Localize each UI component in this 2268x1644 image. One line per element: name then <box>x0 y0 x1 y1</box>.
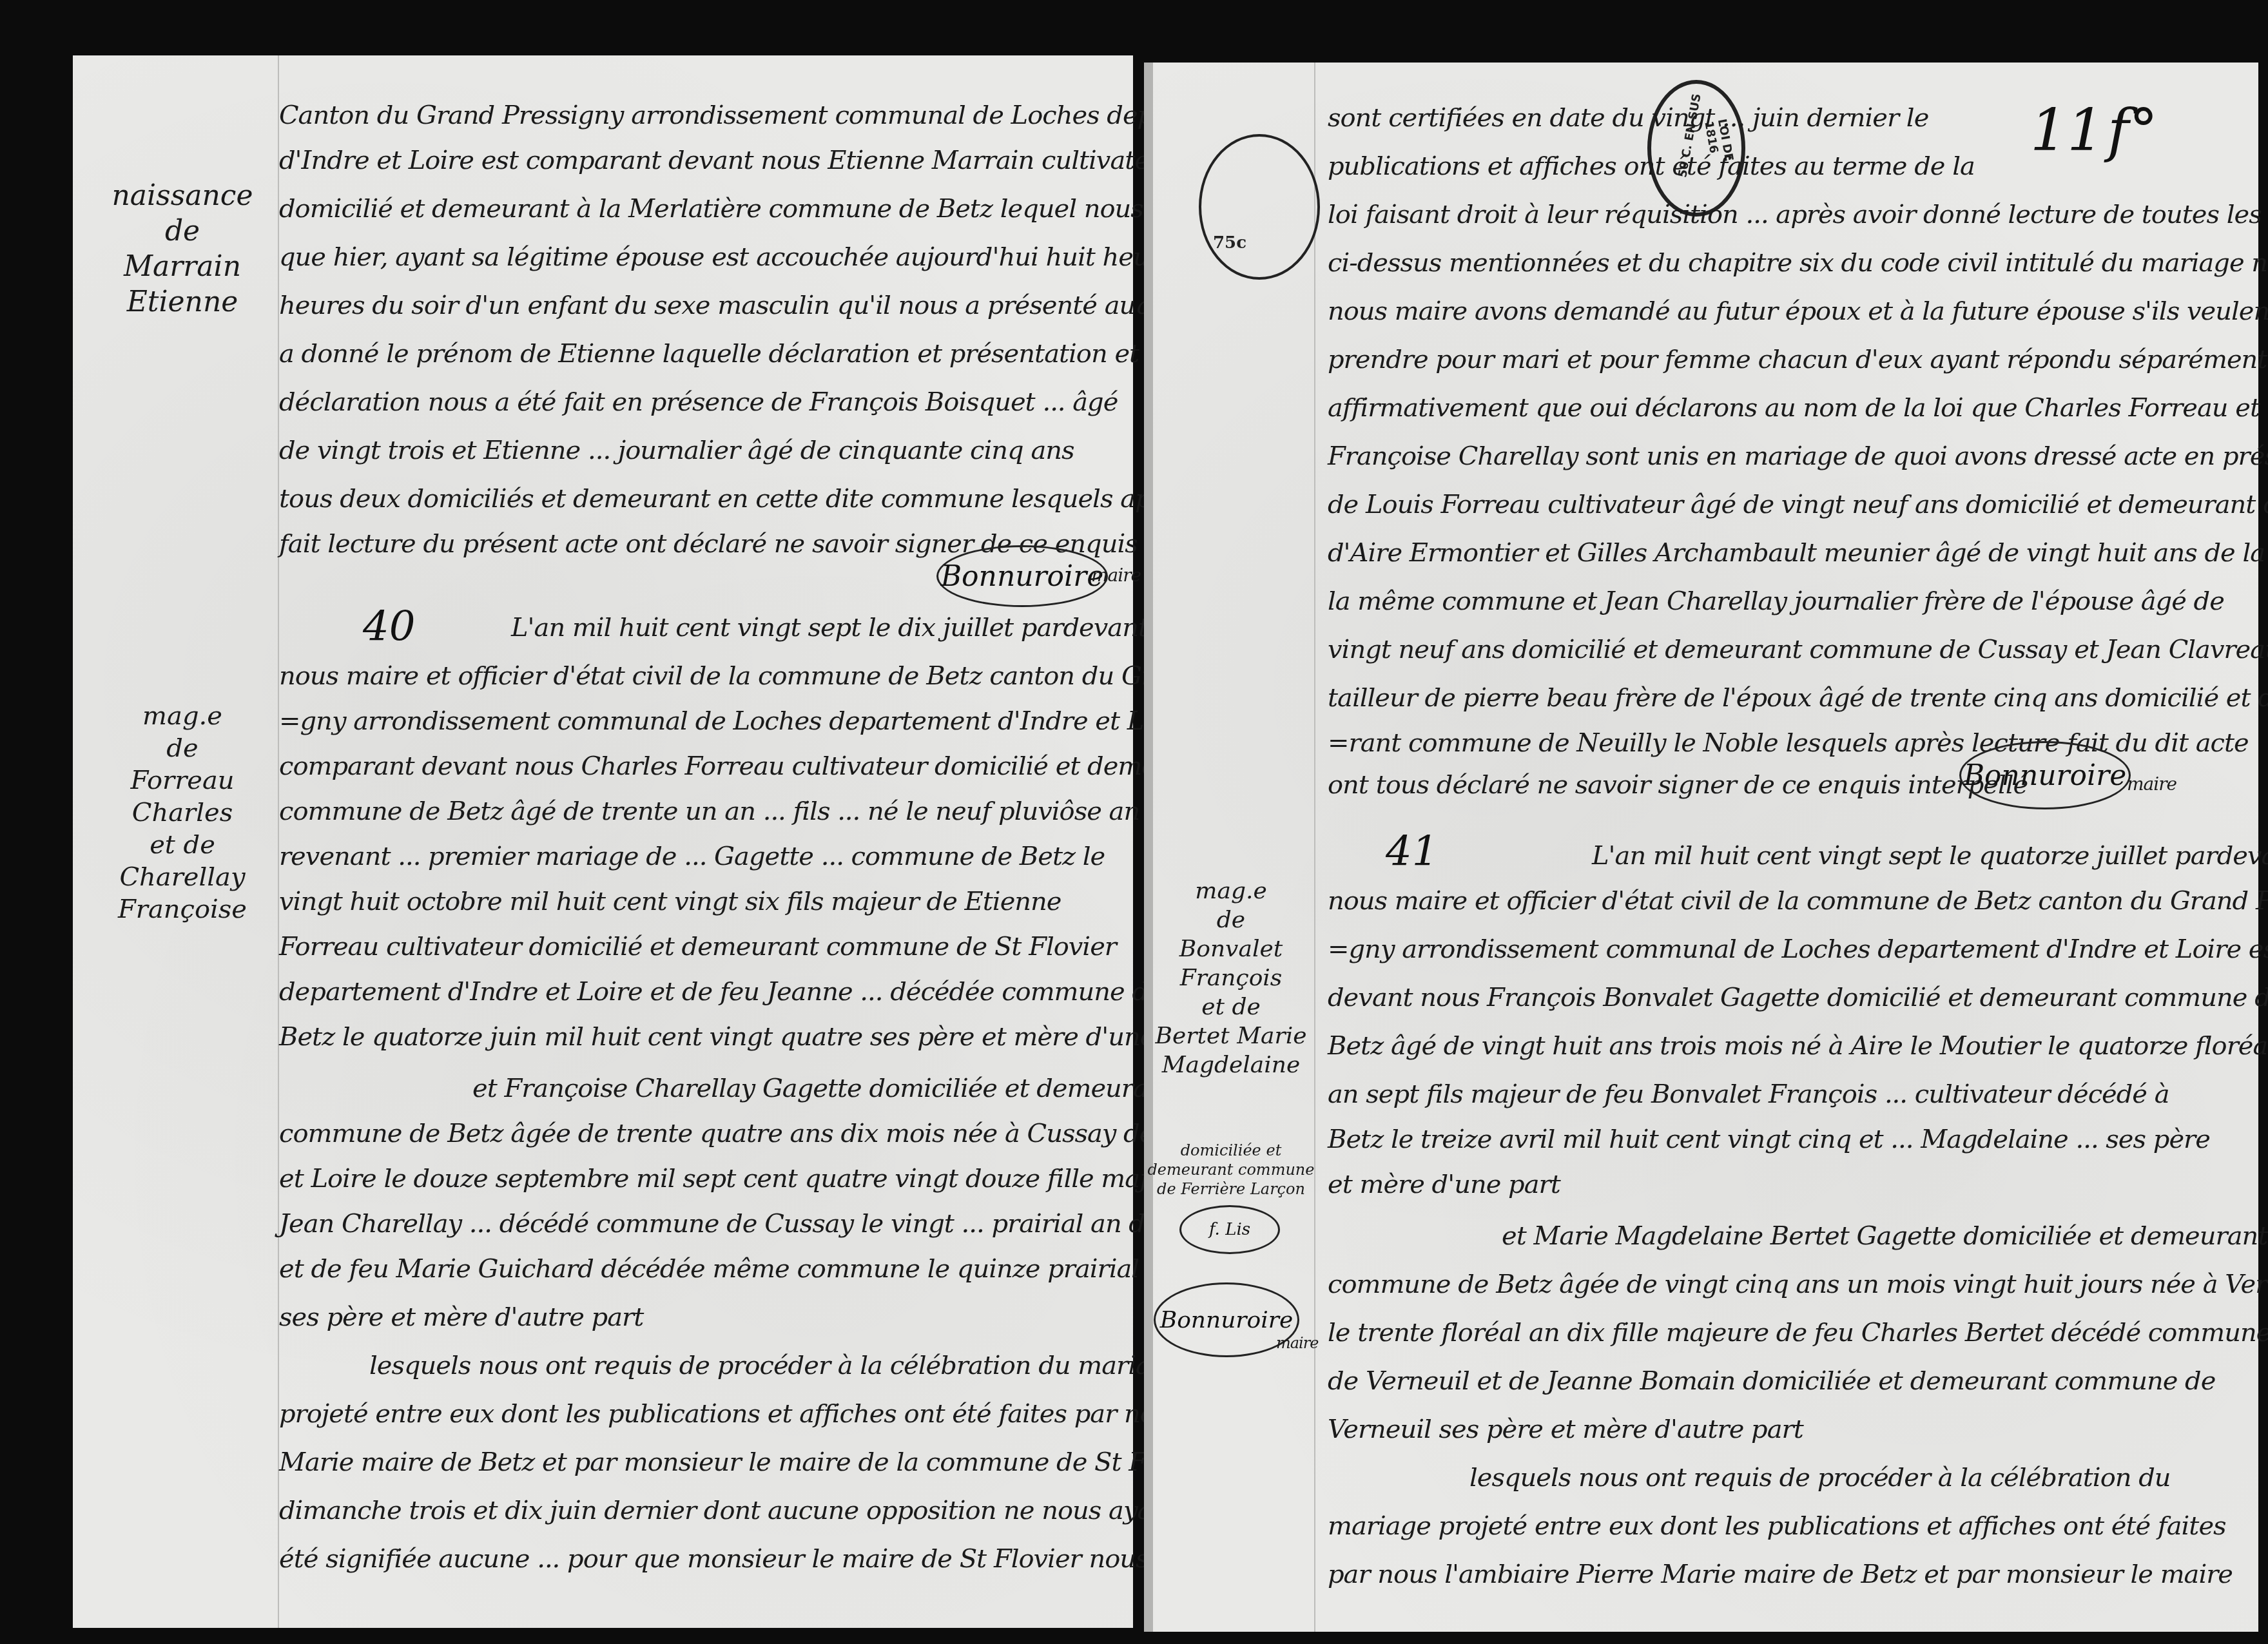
text-line: Verneuil ses père et mère d'autre part <box>1328 1415 1803 1444</box>
margin-note-line: demeurant commune <box>1147 1160 1315 1179</box>
act-number-40: 40 <box>363 603 415 651</box>
text-line: et Françoise Charellay Gagette domicilié… <box>472 1074 1174 1103</box>
text-line: devant nous François Bonvalet Gagette do… <box>1328 983 2268 1012</box>
text-line: de vingt trois et Etienne ... journalier… <box>279 436 1074 465</box>
text-line: été signifiée aucune ... pour que monsie… <box>279 1544 1263 1574</box>
text-line: lesquels nous ont requis de procéder à l… <box>369 1351 1181 1380</box>
text-line: d'Indre et Loire est comparant devant no… <box>279 146 1177 175</box>
margin-note-line: mag.e <box>86 700 279 732</box>
text-line: commune de Betz âgé de trente un an ... … <box>279 797 1230 826</box>
act-41-opening: L'an mil huit cent vingt sept le quatorz… <box>1592 841 2268 871</box>
text-line: de Verneuil et de Jeanne Bomain domicili… <box>1328 1366 2215 1396</box>
text-line: ses père et mère d'autre part <box>279 1302 643 1332</box>
text-line: prendre pour mari et pour femme chacun d… <box>1328 345 2268 374</box>
signature-text: Bonnuroire <box>1964 759 2127 792</box>
text-line: par nous l'ambiaire Pierre Marie maire d… <box>1328 1560 2233 1589</box>
text-line: sont certifiées en date du vingt ... jui… <box>1328 103 1928 133</box>
revenue-stamp-round: 75c <box>1199 134 1320 280</box>
folio-number: 11 <box>2030 97 2104 164</box>
signature-text: Bonnuroire <box>941 560 1104 593</box>
text-line: que hier, ayant sa légitime épouse est a… <box>279 242 1278 272</box>
signature-text: Bonnuroire <box>1160 1307 1294 1333</box>
text-line: Marie maire de Betz et par monsieur le m… <box>279 1447 1246 1477</box>
margin-note-line: mag.e <box>1147 876 1315 905</box>
text-line: Betz âgé de vingt huit ans trois mois né… <box>1328 1031 2268 1061</box>
signature-suffix: maire <box>1091 565 1141 586</box>
text-line: et de feu Marie Guichard décédée même co… <box>279 1254 1259 1284</box>
text-line: de Louis Forreau cultivateur âgé de ving… <box>1328 490 2268 519</box>
text-line: déclaration nous a été fait en présence … <box>279 387 1118 417</box>
margin-note-line: Etienne <box>86 284 279 320</box>
margin-note-line: Charellay <box>86 861 279 893</box>
text-line: publications et affiches ont été faites … <box>1328 151 1975 181</box>
text-line: loi faisant droit à leur réquisition ...… <box>1328 200 2268 229</box>
signature-text: f. Lis <box>1209 1220 1250 1239</box>
text-line: et Loire le douze septembre mil sept cen… <box>279 1164 1289 1194</box>
text-line: Betz le quatorze juin mil huit cent ving… <box>279 1022 1214 1052</box>
act-40-opening: L'an mil huit cent vingt sept le dix jui… <box>511 613 1148 643</box>
text-line: nous maire avons demandé au futur époux … <box>1328 296 2268 326</box>
margin-note-line: de <box>86 732 279 764</box>
margin-note-marriage-41: mag.e de Bonvalet François et de Bertet … <box>1147 876 1315 1079</box>
text-line: nous maire et officier d'état civil de l… <box>279 661 1291 691</box>
margin-note-line: et de <box>86 829 279 861</box>
margin-initials: f. Lis <box>1179 1205 1280 1254</box>
text-line: commune de Betz âgée de vingt cinq ans u… <box>1328 1270 2268 1299</box>
text-line: et Marie Magdelaine Bertet Gagette domic… <box>1502 1221 2267 1251</box>
folio-mark: f° <box>2108 97 2158 164</box>
text-line: le trente floréal an dix fille majeure d… <box>1328 1318 2268 1348</box>
text-line: tous deux domiciliés et demeurant en cet… <box>279 484 1190 514</box>
revenue-stamp-oval: 50 C. EN SUS LOI DE 1816 <box>1647 80 1745 217</box>
text-line: domicilié et demeurant à la Merlatière c… <box>279 194 1266 224</box>
text-line: Betz le treize avril mil huit cent vingt… <box>1328 1125 2210 1154</box>
text-line: dimanche trois et dix juin dernier dont … <box>279 1496 1178 1525</box>
margin-note-line: de <box>86 213 279 249</box>
text-line: Françoise Charellay sont unis en mariage… <box>1328 441 2268 471</box>
text-line: Jean Charellay ... décédé commune de Cus… <box>279 1209 1166 1239</box>
text-line: Canton du Grand Pressigny arrondissement… <box>279 101 1268 130</box>
margin-note-domicile: domiciliée et demeurant commune de Ferri… <box>1147 1141 1315 1199</box>
mayor-signature-2: Bonnuroire <box>1959 741 2131 809</box>
text-line: departement d'Indre et Loire et de feu J… <box>279 977 1163 1007</box>
text-line: heures du soir d'un enfant du sexe mascu… <box>279 291 1212 320</box>
margin-note-line: Bonvalet François <box>1147 934 1315 992</box>
margin-note-birth: naissance de Marrain Etienne <box>86 178 279 320</box>
margin-note-line: de Ferrière Larçon <box>1147 1179 1315 1199</box>
text-line: Forreau cultivateur domicilié et demeura… <box>279 932 1116 962</box>
text-line: comparant devant nous Charles Forreau cu… <box>279 751 1225 781</box>
stamp-denomination: 75c <box>1213 233 1246 253</box>
margin-note-line: Marrain <box>86 249 279 284</box>
text-line: ci-dessus mentionnées et du chapitre six… <box>1328 248 2268 278</box>
margin-note-line: Françoise <box>86 893 279 925</box>
text-line: tailleur de pierre beau frère de l'époux… <box>1328 683 2268 713</box>
text-line: lesquels nous ont requis de procéder à l… <box>1469 1463 2171 1493</box>
text-line: revenant ... premier mariage de ... Gage… <box>279 842 1105 871</box>
margin-note-line: de <box>1147 905 1315 934</box>
margin-note-marriage-40: mag.e de Forreau Charles et de Charellay… <box>86 700 279 925</box>
text-line: la même commune et Jean Charellay journa… <box>1328 586 2224 616</box>
act-number-41: 41 <box>1386 828 1438 876</box>
text-line: mariage projeté entre eux dont les publi… <box>1328 1511 2226 1541</box>
margin-note-line: Magdelaine <box>1147 1050 1315 1079</box>
text-line: affirmativement que oui déclarons au nom… <box>1328 393 2260 423</box>
margin-note-line: domiciliée et <box>1147 1141 1315 1160</box>
text-line: nous maire et officier d'état civil de l… <box>1328 886 2268 916</box>
margin-note-line: et de <box>1147 992 1315 1021</box>
text-line: et mère d'une part <box>1328 1170 1560 1199</box>
margin-note-line: Bertet Marie <box>1147 1021 1315 1050</box>
text-line: =gny arrondissement communal de Loches d… <box>279 706 1237 736</box>
text-line: fait lecture du présent acte ont déclaré… <box>279 529 1265 559</box>
text-line: =gny arrondissement communal de Loches d… <box>1328 934 2268 964</box>
mayor-signature-1: Bonnuroire <box>936 545 1108 607</box>
text-line: a donné le prénom de Etienne laquelle dé… <box>279 339 1139 369</box>
margin-note-line: naissance <box>86 178 279 213</box>
text-line: ont tous déclaré ne savoir signer de ce … <box>1328 770 2028 800</box>
margin-rule <box>1314 63 1315 1632</box>
margin-note-line: Forreau Charles <box>86 764 279 829</box>
text-line: d'Aire Ermontier et Gilles Archambault m… <box>1328 538 2265 568</box>
signature-suffix: maire <box>2127 773 2176 795</box>
text-line: vingt huit octobre mil huit cent vingt s… <box>279 887 1061 916</box>
text-line: an sept fils majeur de feu Bonvalet Fran… <box>1328 1079 2169 1109</box>
text-line: vingt neuf ans domicilié et demeurant co… <box>1328 635 2268 664</box>
signature-suffix: maire <box>1276 1334 1318 1352</box>
left-page: naissance de Marrain Etienne Canton du G… <box>73 55 1133 1628</box>
